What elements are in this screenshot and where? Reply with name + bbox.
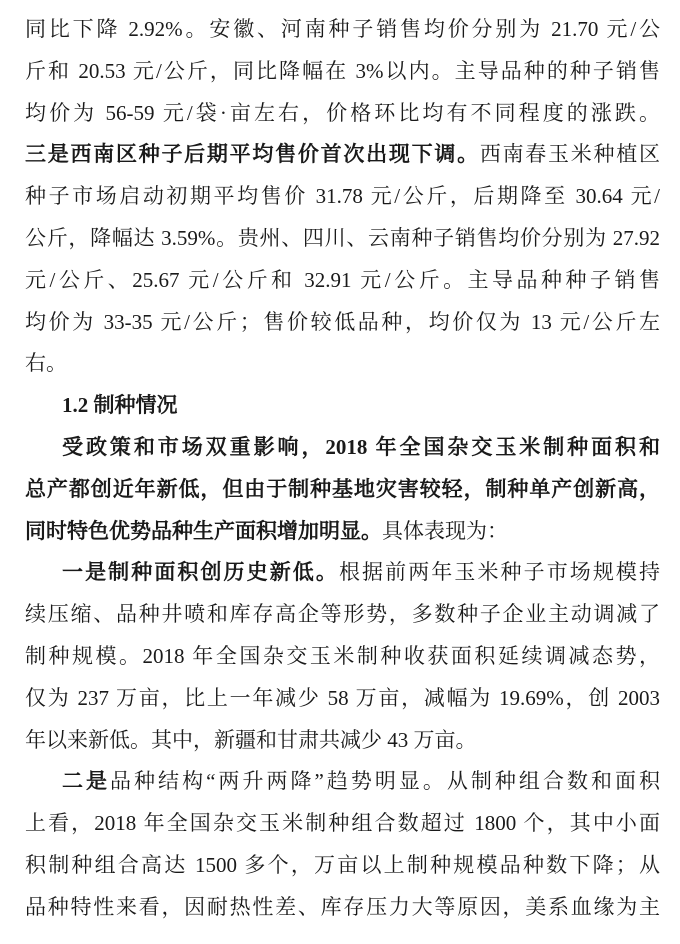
text-line: 均价为 56-59 元/袋·亩左右，价格环比均有不同程度的涨跌。	[25, 93, 660, 135]
bold-segment: 总产都创近年新低，但由于制种基地灾害较轻，制种单产创新高，	[25, 477, 660, 501]
text-segment: 右。	[25, 351, 67, 375]
text-segment: 斤和 20.53 元/公斤，同比降幅在 3%以内。主导品种的种子销售	[25, 59, 660, 83]
text-segment: 同比下降 2.92%。安徽、河南种子销售均价分别为 21.70 元/公	[25, 17, 660, 41]
text-line: 年以来新低。其中，新疆和甘肃共减少 43 万亩。	[25, 720, 660, 762]
bold-segment: 一是制种面积创历史新低。	[62, 560, 339, 584]
text-line: 二是品种结构“两升两降”趋势明显。从制种组合数和面积	[25, 761, 660, 803]
text-segment: 根据前两年玉米种子市场规模持	[339, 560, 660, 584]
text-segment: 续压缩、品种井喷和库存高企等形势，多数种子企业主动调减了	[25, 602, 660, 626]
section-heading: 1.2 制种情况	[25, 385, 660, 427]
text-line: 仅为 237 万亩，比上一年减少 58 万亩，减幅为 19.69%，创 2003	[25, 678, 660, 720]
text-segment: 西南春玉米种植区	[480, 142, 660, 166]
text-segment: 具体表现为：	[382, 519, 508, 543]
text-segment: 上看，2018 年全国杂交玉米制种组合数超过 1800 个，其中小面	[25, 811, 660, 835]
text-line: 同比下降 2.92%。安徽、河南种子销售均价分别为 21.70 元/公	[25, 9, 660, 51]
text-line: 公斤，降幅达 3.59%。贵州、四川、云南种子销售均价分别为 27.92	[25, 218, 660, 260]
text-segment: 均价为 33-35 元/公斤；售价较低品种，均价仅为 13 元/公斤左	[25, 310, 660, 334]
text-line: 种子市场启动初期平均售价 31.78 元/公斤，后期降至 30.64 元/	[25, 176, 660, 218]
text-line: 同时特色优势品种生产面积增加明显。具体表现为：	[25, 511, 660, 553]
text-line: 斤和 20.53 元/公斤，同比降幅在 3%以内。主导品种的种子销售	[25, 51, 660, 93]
text-line: 均价为 33-35 元/公斤；售价较低品种，均价仅为 13 元/公斤左	[25, 302, 660, 344]
text-segment: 年以来新低。其中，新疆和甘肃共减少 43 万亩。	[25, 728, 477, 752]
bold-segment: 三是西南区种子后期平均售价首次出现下调。	[25, 142, 480, 166]
text-line: 右。	[25, 343, 660, 385]
text-segment: 均价为 56-59 元/袋·亩左右，价格环比均有不同程度的涨跌。	[25, 101, 660, 125]
document-page: 同比下降 2.92%。安徽、河南种子销售均价分别为 21.70 元/公斤和 20…	[0, 0, 680, 944]
bold-segment: 二是	[62, 769, 110, 793]
bold-segment: 受政策和市场双重影响，2018 年全国杂交玉米制种面积和	[62, 435, 660, 459]
text-segment: 制种规模。2018 年全国杂交玉米制种收获面积延续调减态势，	[25, 644, 660, 668]
text-segment: 品种结构“两升两降”趋势明显。从制种组合数和面积	[110, 769, 660, 793]
text-segment: 元/公斤、25.67 元/公斤和 32.91 元/公斤。主导品种种子销售	[25, 268, 660, 292]
text-line: 续压缩、品种井喷和库存高企等形势，多数种子企业主动调减了	[25, 594, 660, 636]
bold-segment: 1.2 制种情况	[62, 393, 178, 417]
bold-segment: 同时特色优势品种生产面积增加明显。	[25, 519, 382, 543]
text-line: 制种规模。2018 年全国杂交玉米制种收获面积延续调减态势，	[25, 636, 660, 678]
text-line: 受政策和市场双重影响，2018 年全国杂交玉米制种面积和	[25, 427, 660, 469]
text-line: 三是西南区种子后期平均售价首次出现下调。西南春玉米种植区	[25, 134, 660, 176]
text-segment: 公斤，降幅达 3.59%。贵州、四川、云南种子销售均价分别为 27.92	[25, 226, 660, 250]
text-line: 上看，2018 年全国杂交玉米制种组合数超过 1800 个，其中小面	[25, 803, 660, 845]
text-segment: 仅为 237 万亩，比上一年减少 58 万亩，减幅为 19.69%，创 2003	[25, 686, 660, 710]
text-segment: 种子市场启动初期平均售价 31.78 元/公斤，后期降至 30.64 元/	[25, 184, 660, 208]
text-line: 元/公斤、25.67 元/公斤和 32.91 元/公斤。主导品种种子销售	[25, 260, 660, 302]
text-line: 品种特性来看，因耐热性差、库存压力大等原因，美系血缘为主	[25, 887, 660, 929]
text-line: 总产都创近年新低，但由于制种基地灾害较轻，制种单产创新高，	[25, 469, 660, 511]
text-line: 一是制种面积创历史新低。根据前两年玉米种子市场规模持	[25, 552, 660, 594]
text-segment: 积制种组合高达 1500 多个，万亩以上制种规模品种数下降；从	[25, 853, 660, 877]
text-line: 积制种组合高达 1500 多个，万亩以上制种规模品种数下降；从	[25, 845, 660, 887]
text-segment: 品种特性来看，因耐热性差、库存压力大等原因，美系血缘为主	[25, 895, 660, 919]
document-body: 同比下降 2.92%。安徽、河南种子销售均价分别为 21.70 元/公斤和 20…	[25, 9, 660, 929]
